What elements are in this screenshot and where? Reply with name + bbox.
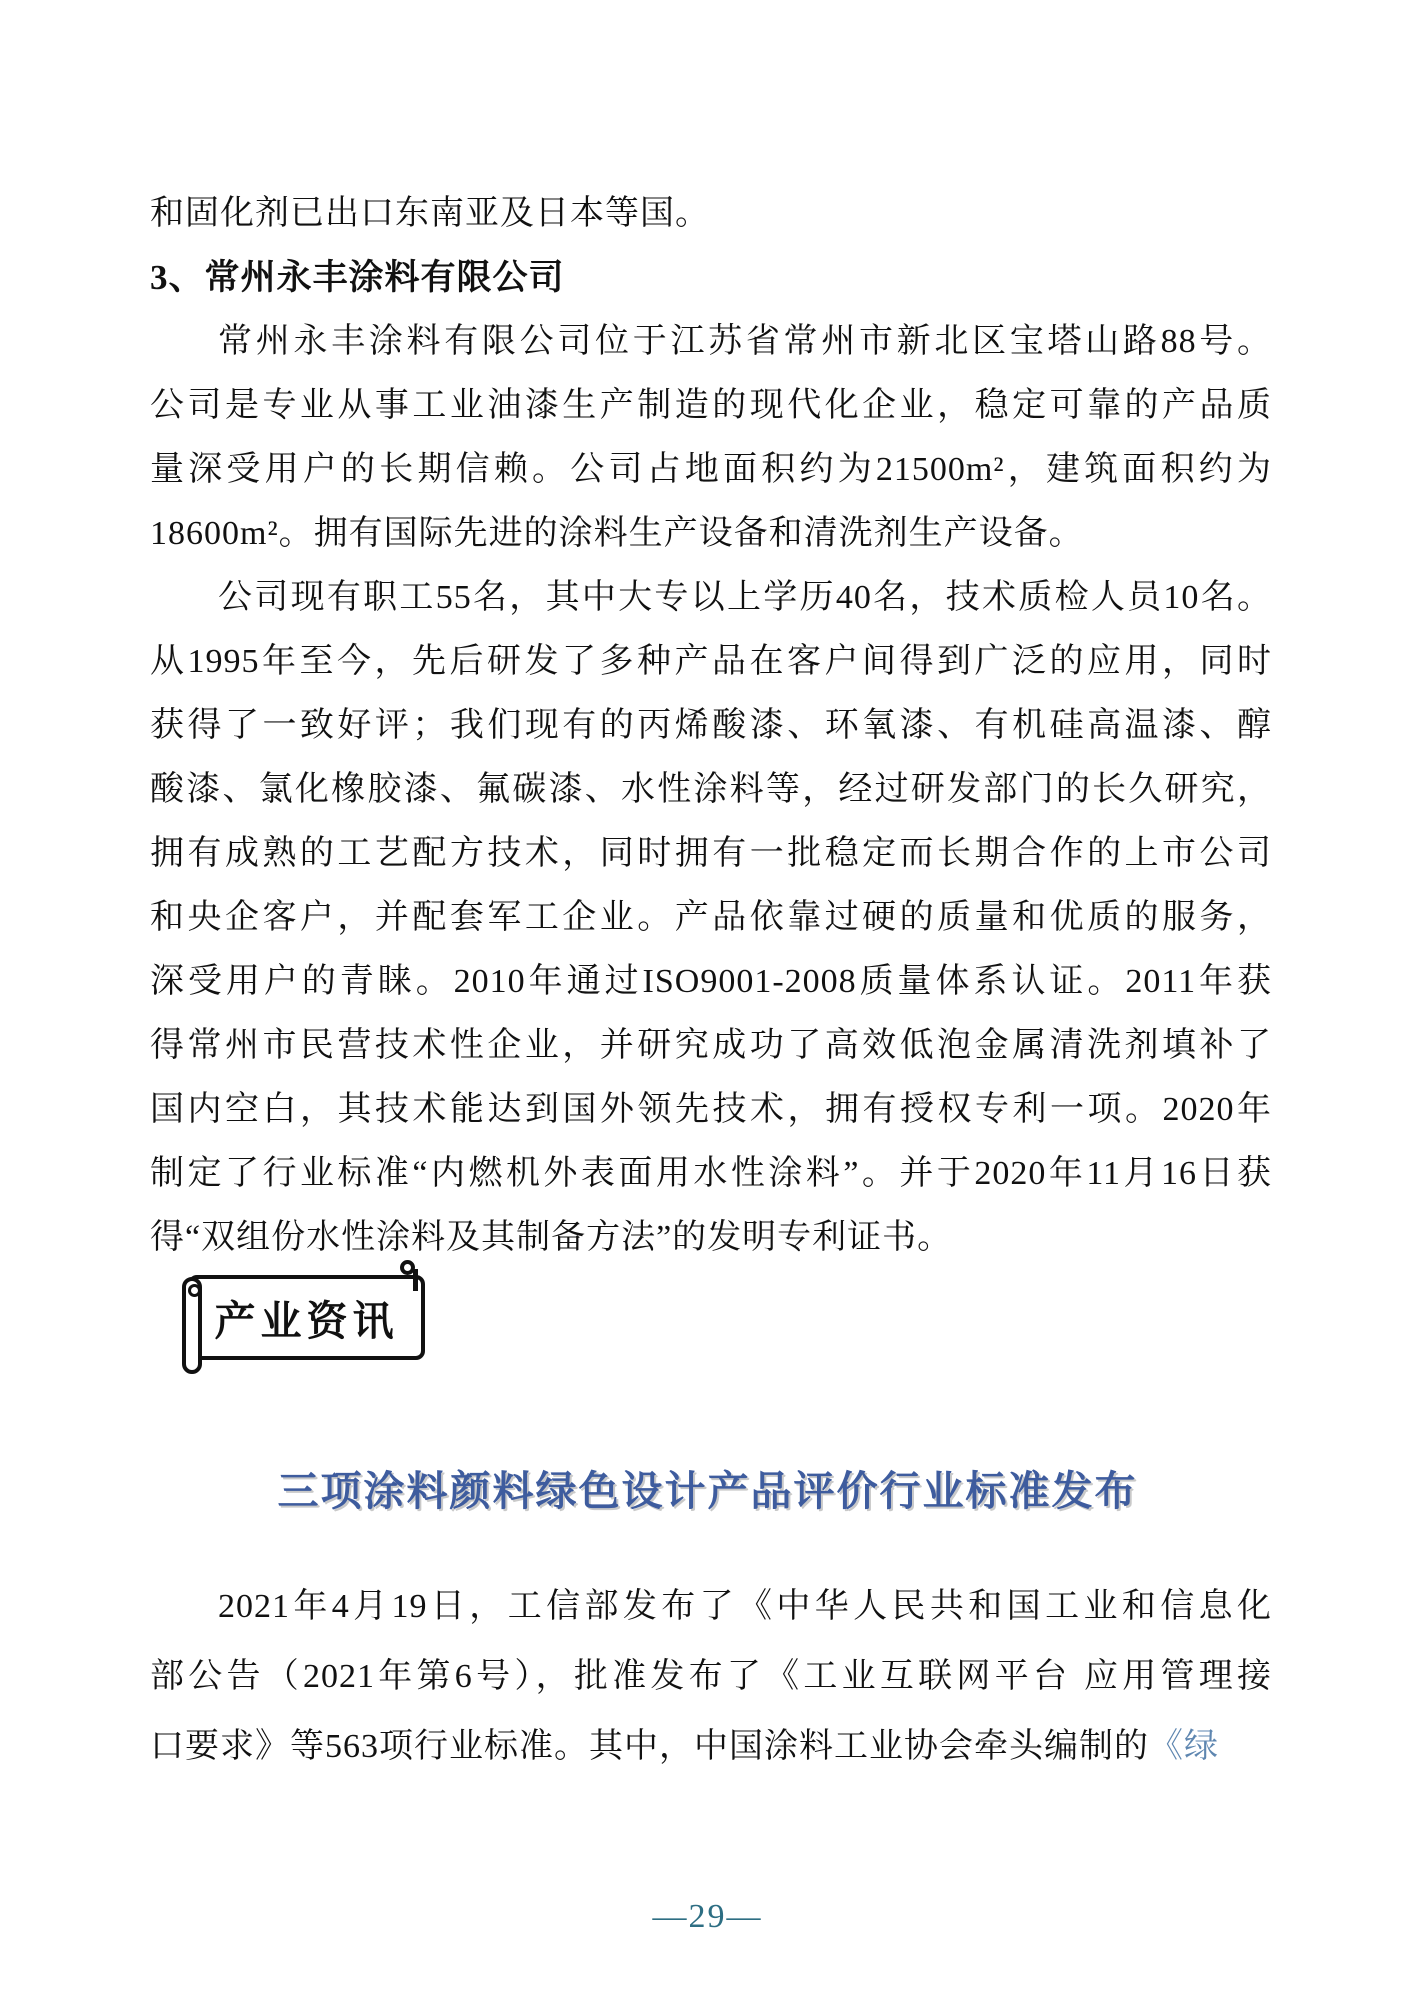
industry-news-banner: 产业资讯	[188, 1275, 425, 1360]
section-heading: 3、常州永丰涂料有限公司	[150, 246, 1272, 310]
document-page: 和固化剂已出口东南亚及日本等国。 3、常州永丰涂料有限公司 常州永丰涂料有限公司…	[0, 0, 1415, 2000]
news-line: 口要求》等563项行业标准。其中，中国涂料工业协会牵头编制的《绿	[150, 1712, 1272, 1782]
page-number: —29—	[0, 1898, 1415, 1936]
para2-line: 制定了行业标准“内燃机外表面用水性涂料”。并于2020年11月16日获	[150, 1142, 1272, 1206]
banner-label: 产业资讯	[192, 1279, 421, 1356]
para1-line: 量深受用户的长期信赖。公司占地面积约为21500m²，建筑面积约为	[150, 438, 1272, 502]
para2-line: 拥有成熟的工艺配方技术，同时拥有一批稳定而长期合作的上市公司	[150, 822, 1272, 886]
para2-line: 公司现有职工55名，其中大专以上学历40名，技术质检人员10名。	[150, 566, 1272, 630]
para1-line: 公司是专业从事工业油漆生产制造的现代化企业，稳定可靠的产品质	[150, 374, 1272, 438]
para2-line: 国内空白，其技术能达到国外领先技术，拥有授权专利一项。2020年	[150, 1078, 1272, 1142]
scroll-top-right-curl-icon	[400, 1260, 415, 1275]
news-line: 2021年4月19日，工信部发布了《中华人民共和国工业和信息化	[150, 1572, 1272, 1642]
para1-line: 常州永丰涂料有限公司位于江苏省常州市新北区宝塔山路88号。	[150, 310, 1272, 374]
para2-line: 和央企客户，并配套军工企业。产品依靠过硬的质量和优质的服务，	[150, 886, 1272, 950]
para2-line: 酸漆、氯化橡胶漆、氟碳漆、水性涂料等，经过研发部门的长久研究，	[150, 758, 1272, 822]
body-line: 和固化剂已出口东南亚及日本等国。	[150, 182, 1272, 246]
para2-line: 得“双组份水性涂料及其制备方法”的发明专利证书。	[150, 1206, 1272, 1270]
para2-line: 深受用户的青睐。2010年通过ISO9001-2008质量体系认证。2011年获	[150, 950, 1272, 1014]
news-title: 三项涂料颜料绿色设计产品评价行业标准发布	[0, 1458, 1415, 1517]
news-line-highlight: 《绿	[1149, 1728, 1219, 1765]
news-paragraph: 2021年4月19日，工信部发布了《中华人民共和国工业和信息化 部公告（2021…	[150, 1572, 1272, 1782]
news-line: 部公告（2021年第6号），批准发布了《工业互联网平台 应用管理接	[150, 1642, 1272, 1712]
para2-line: 获得了一致好评；我们现有的丙烯酸漆、环氧漆、有机硅高温漆、醇	[150, 694, 1272, 758]
para2-line: 得常州市民营技术性企业，并研究成功了高效低泡金属清洗剂填补了	[150, 1014, 1272, 1078]
main-text-column: 和固化剂已出口东南亚及日本等国。 3、常州永丰涂料有限公司 常州永丰涂料有限公司…	[150, 182, 1272, 1270]
news-line-text: 口要求》等563项行业标准。其中，中国涂料工业协会牵头编制的	[150, 1728, 1149, 1765]
para2-line: 从1995年至今，先后研发了多种产品在客户间得到广泛的应用，同时	[150, 630, 1272, 694]
para1-line: 18600m²。拥有国际先进的涂料生产设备和清洗剂生产设备。	[150, 502, 1272, 566]
